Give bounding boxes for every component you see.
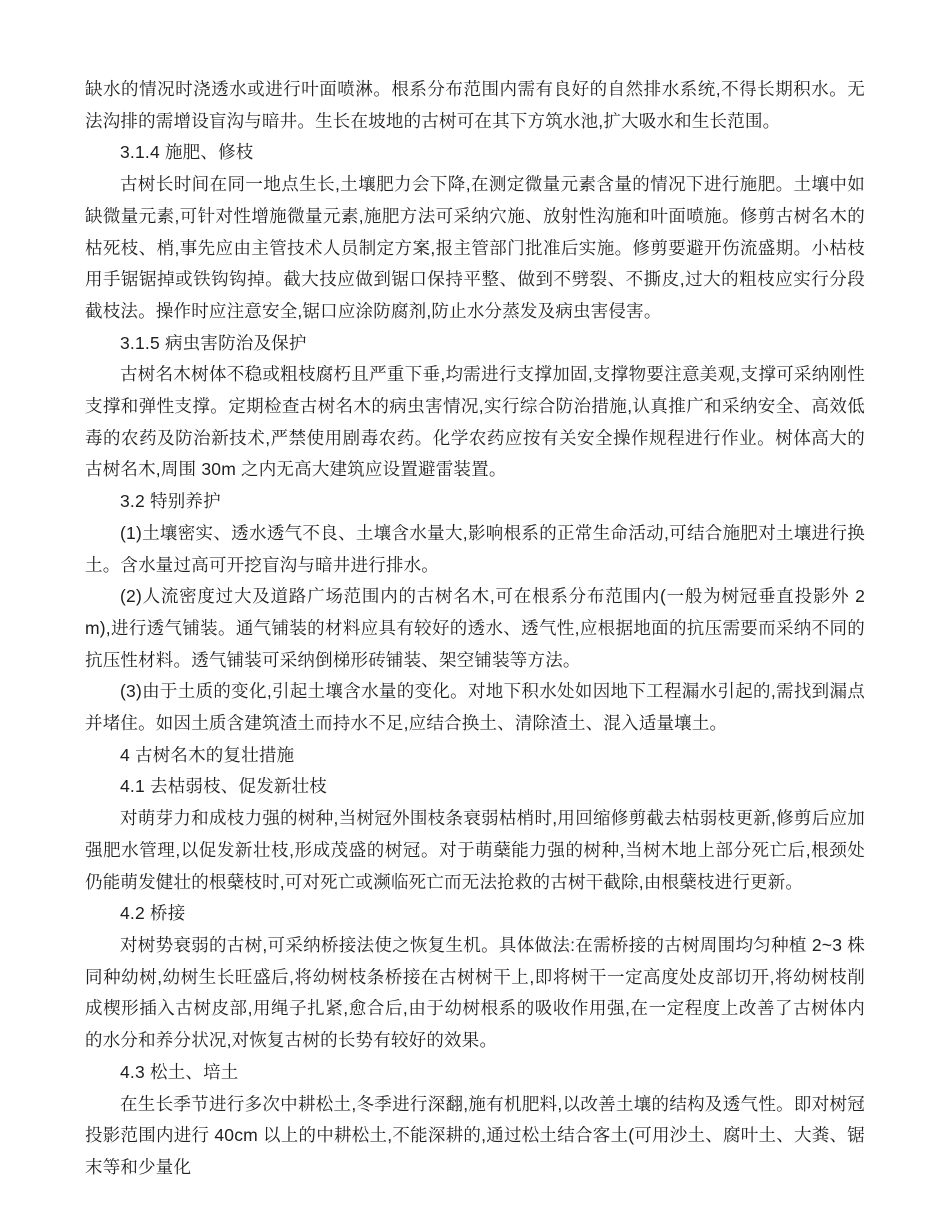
section-heading: 4.3 松土、培土 bbox=[85, 1057, 865, 1089]
section-heading: 4.2 桥接 bbox=[85, 898, 865, 930]
paragraph: 对萌芽力和成枝力强的树种,当树冠外围枝条衰弱枯梢时,用回缩修剪截去枯弱枝更新,修… bbox=[85, 803, 865, 898]
paragraph: 古树名木树体不稳或粗枝腐朽且严重下垂,均需进行支撑加固,支撑物要注意美观,支撑可… bbox=[85, 359, 865, 486]
section-heading: 3.2 特别养护 bbox=[85, 486, 865, 518]
paragraph: 对树势衰弱的古树,可采纳桥接法使之恢复生机。具体做法:在需桥接的古树周围均匀种植… bbox=[85, 930, 865, 1057]
paragraph: 古树长时间在同一地点生长,土壤肥力会下降,在测定微量元素含量的情况下进行施肥。土… bbox=[85, 169, 865, 328]
document-page: 缺水的情况时浇透水或进行叶面喷淋。根系分布范围内需有良好的自然排水系统,不得长期… bbox=[0, 0, 950, 1230]
paragraph: (1)土壤密实、透水透气不良、土壤含水量大,影响根系的正常生命活动,可结合施肥对… bbox=[85, 518, 865, 581]
section-heading: 4 古树名木的复壮措施 bbox=[85, 740, 865, 772]
section-heading: 3.1.5 病虫害防治及保护 bbox=[85, 328, 865, 360]
paragraph: 缺水的情况时浇透水或进行叶面喷淋。根系分布范围内需有良好的自然排水系统,不得长期… bbox=[85, 74, 865, 137]
paragraph: 在生长季节进行多次中耕松土,冬季进行深翻,施有机肥料,以改善土壤的结构及透气性。… bbox=[85, 1089, 865, 1184]
paragraph: (3)由于土质的变化,引起土壤含水量的变化。对地下积水处如因地下工程漏水引起的,… bbox=[85, 676, 865, 739]
section-heading: 4.1 去枯弱枝、促发新壮枝 bbox=[85, 771, 865, 803]
paragraph: (2)人流密度过大及道路广场范围内的古树名木,可在根系分布范围内(一般为树冠垂直… bbox=[85, 581, 865, 676]
section-heading: 3.1.4 施肥、修枝 bbox=[85, 137, 865, 169]
